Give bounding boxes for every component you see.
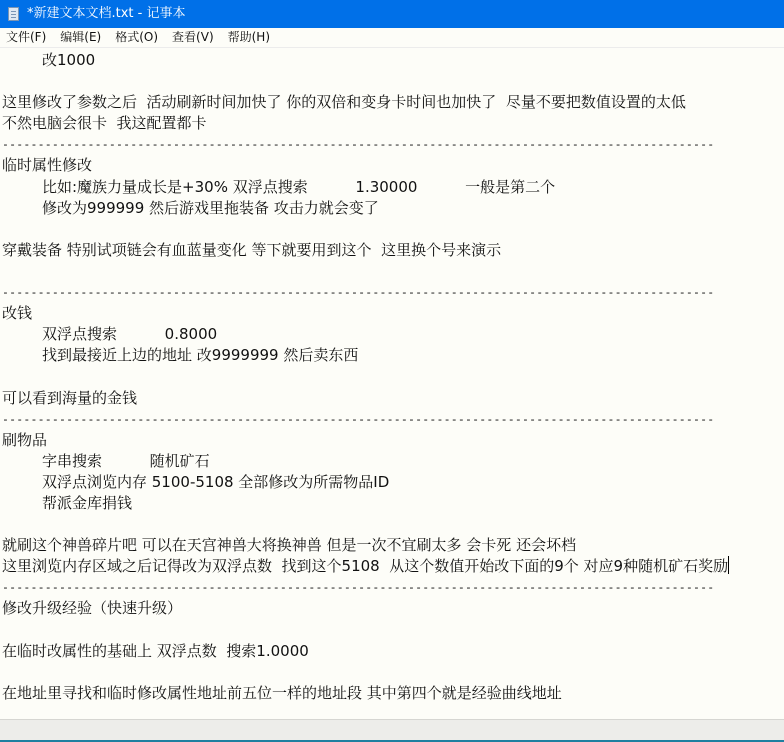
blank-line bbox=[2, 71, 784, 92]
text-line: 这里修改了参数之后 活动刷新时间加快了 你的双倍和变身卡时间也加快了 尽量不要把… bbox=[2, 92, 784, 113]
blank-line bbox=[2, 261, 784, 282]
section-heading: 改钱 bbox=[2, 303, 784, 324]
text-line: 穿戴装备 特别试项链会有血蓝量变化 等下就要用到这个 这里换个号来演示 bbox=[2, 240, 784, 261]
section-heading: 临时属性修改 bbox=[2, 155, 784, 176]
blank-line bbox=[2, 662, 784, 683]
blank-line bbox=[2, 219, 784, 240]
blank-line bbox=[2, 366, 784, 387]
text-line: 改1000 bbox=[2, 50, 784, 71]
notepad-icon bbox=[8, 7, 19, 21]
text-line: 就刷这个神兽碎片吧 可以在天宫神兽大将换神兽 但是一次不宜刷太多 会卡死 还会坏… bbox=[2, 535, 784, 556]
blank-line bbox=[2, 514, 784, 535]
menu-view[interactable]: 查看(V) bbox=[172, 28, 214, 47]
title-bar[interactable]: *新建文本文档.txt - 记事本 bbox=[0, 0, 784, 28]
menu-help[interactable]: 帮助(H) bbox=[228, 28, 270, 47]
section-heading: 刷物品 bbox=[2, 430, 784, 451]
horizontal-scrollbar[interactable] bbox=[0, 719, 784, 740]
menu-edit[interactable]: 编辑(E) bbox=[60, 28, 101, 47]
separator-line: ----------------------------------------… bbox=[2, 134, 784, 155]
text-line: 不然电脑会很卡 我这配置都卡 bbox=[2, 113, 784, 134]
menu-format[interactable]: 格式(O) bbox=[115, 28, 158, 47]
text-line: 比如:魔族力量成长是+30% 双浮点搜索 1.30000 一般是第二个 bbox=[2, 177, 784, 198]
text-line: 双浮点浏览内存 5100-5108 全部修改为所需物品ID bbox=[2, 472, 784, 493]
text-line-with-caret: 这里浏览内存区域之后记得改为双浮点数 找到这个5108 从这个数值开始改下面的9… bbox=[2, 556, 784, 577]
separator-line: ----------------------------------------… bbox=[2, 282, 784, 303]
menu-file[interactable]: 文件(F) bbox=[6, 28, 46, 47]
window-title: *新建文本文档.txt - 记事本 bbox=[27, 0, 185, 28]
menu-bar: 文件(F) 编辑(E) 格式(O) 查看(V) 帮助(H) bbox=[0, 28, 784, 47]
text-line: 字串搜索 随机矿石 bbox=[2, 451, 784, 472]
section-heading: 修改升级经验（快速升级） bbox=[2, 598, 784, 619]
text-line: 这里浏览内存区域之后记得改为双浮点数 找到这个5108 从这个数值开始改下面的9… bbox=[2, 557, 728, 575]
text-line: 在地址里寻找和临时修改属性地址前五位一样的地址段 其中第四个就是经验曲线地址 bbox=[2, 683, 784, 704]
text-line: 修改为999999 然后游戏里拖装备 攻击力就会变了 bbox=[2, 198, 784, 219]
text-caret bbox=[728, 556, 729, 574]
text-line: 双浮点搜索 0.8000 bbox=[2, 324, 784, 345]
text-line: 找到最接近上边的地址 改9999999 然后卖东西 bbox=[2, 345, 784, 366]
separator-line: ----------------------------------------… bbox=[2, 409, 784, 430]
text-editor-area[interactable]: 改1000 这里修改了参数之后 活动刷新时间加快了 你的双倍和变身卡时间也加快了… bbox=[0, 48, 784, 719]
notepad-window: *新建文本文档.txt - 记事本 文件(F) 编辑(E) 格式(O) 查看(V… bbox=[0, 0, 784, 742]
separator-line: ----------------------------------------… bbox=[2, 577, 784, 598]
text-line: 在临时改属性的基础上 双浮点数 搜索1.0000 bbox=[2, 641, 784, 662]
text-line: 可以看到海量的金钱 bbox=[2, 388, 784, 409]
text-line: 帮派金库捐钱 bbox=[2, 493, 784, 514]
blank-line bbox=[2, 620, 784, 641]
